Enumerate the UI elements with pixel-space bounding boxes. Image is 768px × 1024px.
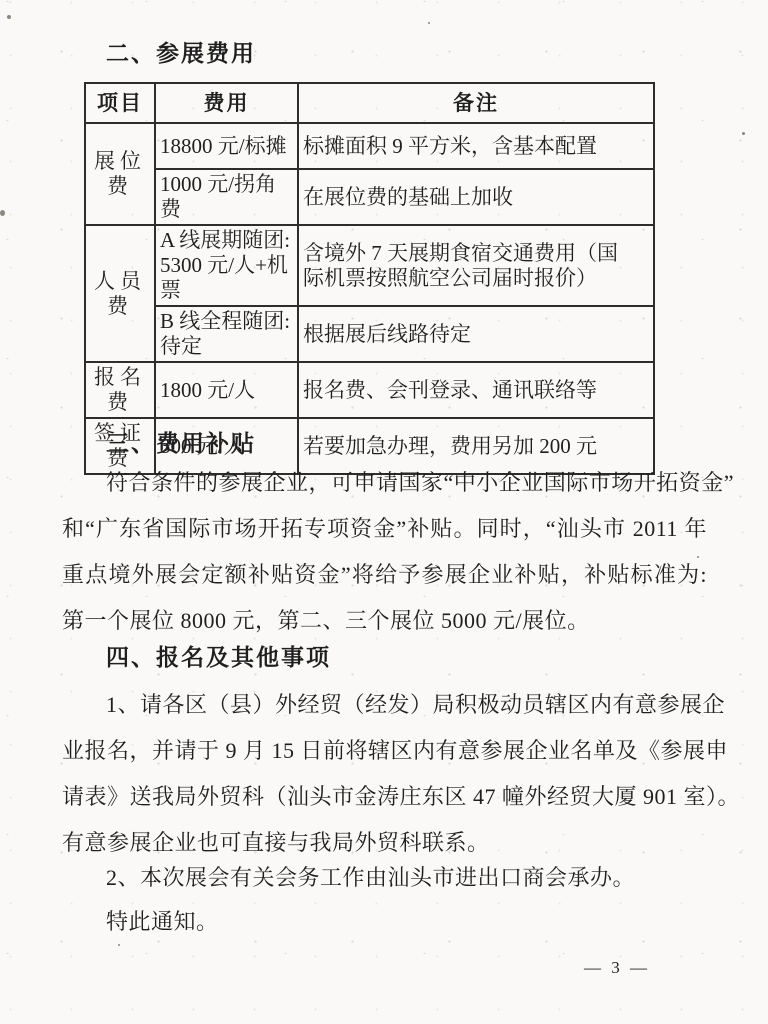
subsidy-paragraph: 符合条件的参展企业，可申请国家“中小企业国际市场开拓资金” 和“广东省国际市场开…	[62, 460, 707, 644]
table-cell-fee: B 线全程随团: 待定	[155, 306, 298, 362]
page-number: — 3 —	[584, 958, 650, 978]
table-cell-note: 根据展后线路待定	[298, 306, 654, 362]
paragraph-line: 符合条件的参展企业，可申请国家“中小企业国际市场开拓资金”	[62, 460, 707, 506]
table-cell-note: 含境外 7 天展期食宿交通费用（国 际机票按照航空公司届时报价）	[298, 225, 654, 306]
paragraph-line: 重点境外展会定额补贴资金”将给予参展企业补贴，补贴标准为:	[62, 552, 707, 598]
table-cell-item: 报名费	[85, 362, 155, 418]
table-cell-item: 展位费	[85, 123, 155, 225]
table-cell-note: 标摊面积 9 平方米，含基本配置	[298, 123, 654, 169]
table-cell-item: 人员费	[85, 225, 155, 362]
table-cell-fee: A 线展期随团: 5300 元/人+机票	[155, 225, 298, 306]
scan-speck	[0, 210, 5, 216]
scan-speck	[697, 556, 699, 558]
registration-paragraph: 1、请各区（县）外经贸（经发）局积极动员辖区内有意参展企 业报名，并请于 9 月…	[62, 682, 707, 866]
paragraph-line: 请表》送我局外贸科（汕头市金涛庄东区 47 幢外经贸大厦 901 室）。	[62, 774, 707, 820]
section-heading-subsidy: 三、费用补贴	[62, 430, 707, 458]
table-row: 展位费 18800 元/标摊 标摊面积 9 平方米，含基本配置	[85, 123, 654, 169]
table-header-row: 项目 费用 备注	[85, 83, 654, 123]
scan-speck	[7, 15, 11, 19]
table-cell-fee: 1800 元/人	[155, 362, 298, 418]
scan-speck	[428, 22, 430, 24]
closing-note: 特此通知。	[62, 908, 707, 936]
paragraph-line: 第一个展位 8000 元，第二、三个展位 5000 元/展位。	[62, 598, 707, 644]
table-row: B 线全程随团: 待定 根据展后线路待定	[85, 306, 654, 362]
table-cell-note: 在展位费的基础上加收	[298, 169, 654, 225]
paragraph-line: 有意参展企业也可直接与我局外贸科联系。	[62, 820, 707, 866]
scan-speck	[742, 132, 745, 135]
paragraph-line: 1、请各区（县）外经贸（经发）局积极动员辖区内有意参展企	[62, 682, 707, 728]
table-cell-fee: 1000 元/拐角费	[155, 169, 298, 225]
fees-table: 项目 费用 备注 展位费 18800 元/标摊 标摊面积 9 平方米，含基本配置…	[84, 82, 655, 475]
registration-item2: 2、本次展会有关会务工作由汕头市进出口商会承办。	[62, 864, 707, 892]
document-page: 二、参展费用 项目 费用 备注 展位费 18800 元/标摊 标摊面积 9 平方…	[0, 0, 768, 1024]
scan-speck	[118, 944, 120, 946]
table-header-item: 项目	[85, 83, 155, 123]
table-header-note: 备注	[298, 83, 654, 123]
table-header-fee: 费用	[155, 83, 298, 123]
section-heading-fees: 二、参展费用	[62, 40, 707, 68]
paragraph-line: 业报名，并请于 9 月 15 日前将辖区内有意参展企业名单及《参展申	[62, 728, 707, 774]
table-row: 人员费 A 线展期随团: 5300 元/人+机票 含境外 7 天展期食宿交通费用…	[85, 225, 654, 306]
table-row: 1000 元/拐角费 在展位费的基础上加收	[85, 169, 654, 225]
table-cell-note: 报名费、会刊登录、通讯联络等	[298, 362, 654, 418]
paragraph-line: 和“广东省国际市场开拓专项资金”补贴。同时，“汕头市 2011 年	[62, 506, 707, 552]
table-cell-fee: 18800 元/标摊	[155, 123, 298, 169]
table-row: 报名费 1800 元/人 报名费、会刊登录、通讯联络等	[85, 362, 654, 418]
section-heading-registration: 四、报名及其他事项	[62, 644, 707, 672]
